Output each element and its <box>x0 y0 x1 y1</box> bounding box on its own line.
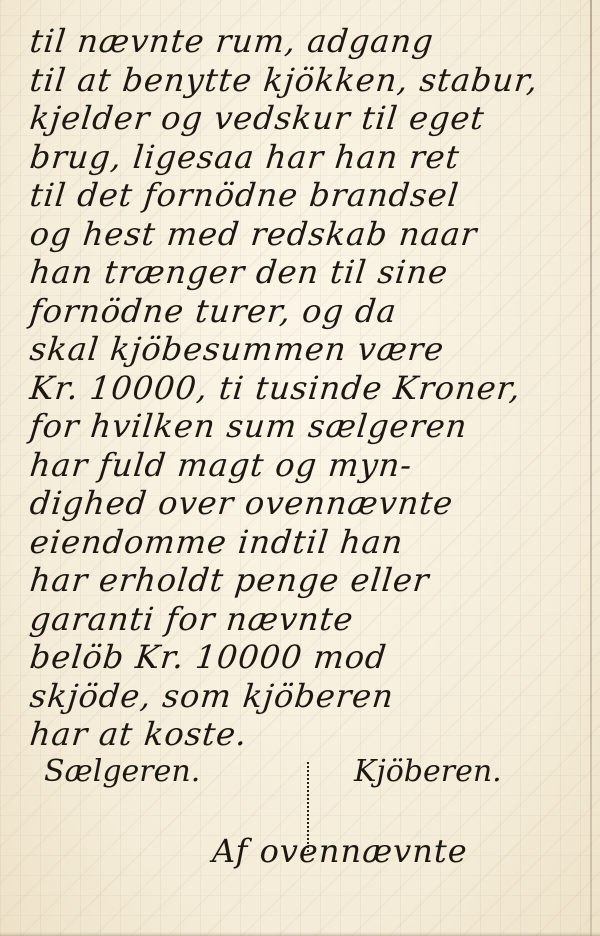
letter-page: til nævnte rum, adgang til at benytte kj… <box>0 0 600 936</box>
text-line: brug, ligesaa har han ret <box>28 138 600 177</box>
text-line: Kr. 10000, ti tusinde Kroner, <box>28 369 600 408</box>
text-line: garanti for nævnte <box>28 600 600 639</box>
closing-line: Af ovennævnte <box>212 832 468 870</box>
text-line: belöb Kr. 10000 mod <box>28 638 600 677</box>
seller-signature-label: Sælgeren. <box>44 754 200 789</box>
text-line: for hvilken sum sælgeren <box>28 407 600 446</box>
text-line: har at koste. <box>28 715 600 754</box>
text-line: dighed over ovennævnte <box>28 484 600 523</box>
text-line: fornödne turer, og da <box>28 292 600 331</box>
text-line: til nævnte rum, adgang <box>28 22 600 61</box>
text-line: skjöde, som kjöberen <box>28 677 600 716</box>
text-line: til at benytte kjökken, stabur, <box>28 61 600 100</box>
text-line: han trænger den til sine <box>28 253 600 292</box>
paper-bottom-edge <box>0 932 600 936</box>
buyer-signature-label: Kjöberen. <box>354 754 502 789</box>
text-line: til det fornödne brandsel <box>28 176 600 215</box>
text-line: kjelder og vedskur til eget <box>28 99 600 138</box>
text-line: har erholdt penge eller <box>28 561 600 600</box>
signature-row: Sælgeren. Kjöberen. <box>44 754 564 794</box>
text-line: skal kjöbesummen være <box>28 330 600 369</box>
text-line: har fuld magt og myn- <box>28 446 600 485</box>
letter-body: til nævnte rum, adgang til at benytte kj… <box>28 22 598 754</box>
text-line: og hest med redskab naar <box>28 215 600 254</box>
text-line: eiendomme indtil han <box>28 523 600 562</box>
